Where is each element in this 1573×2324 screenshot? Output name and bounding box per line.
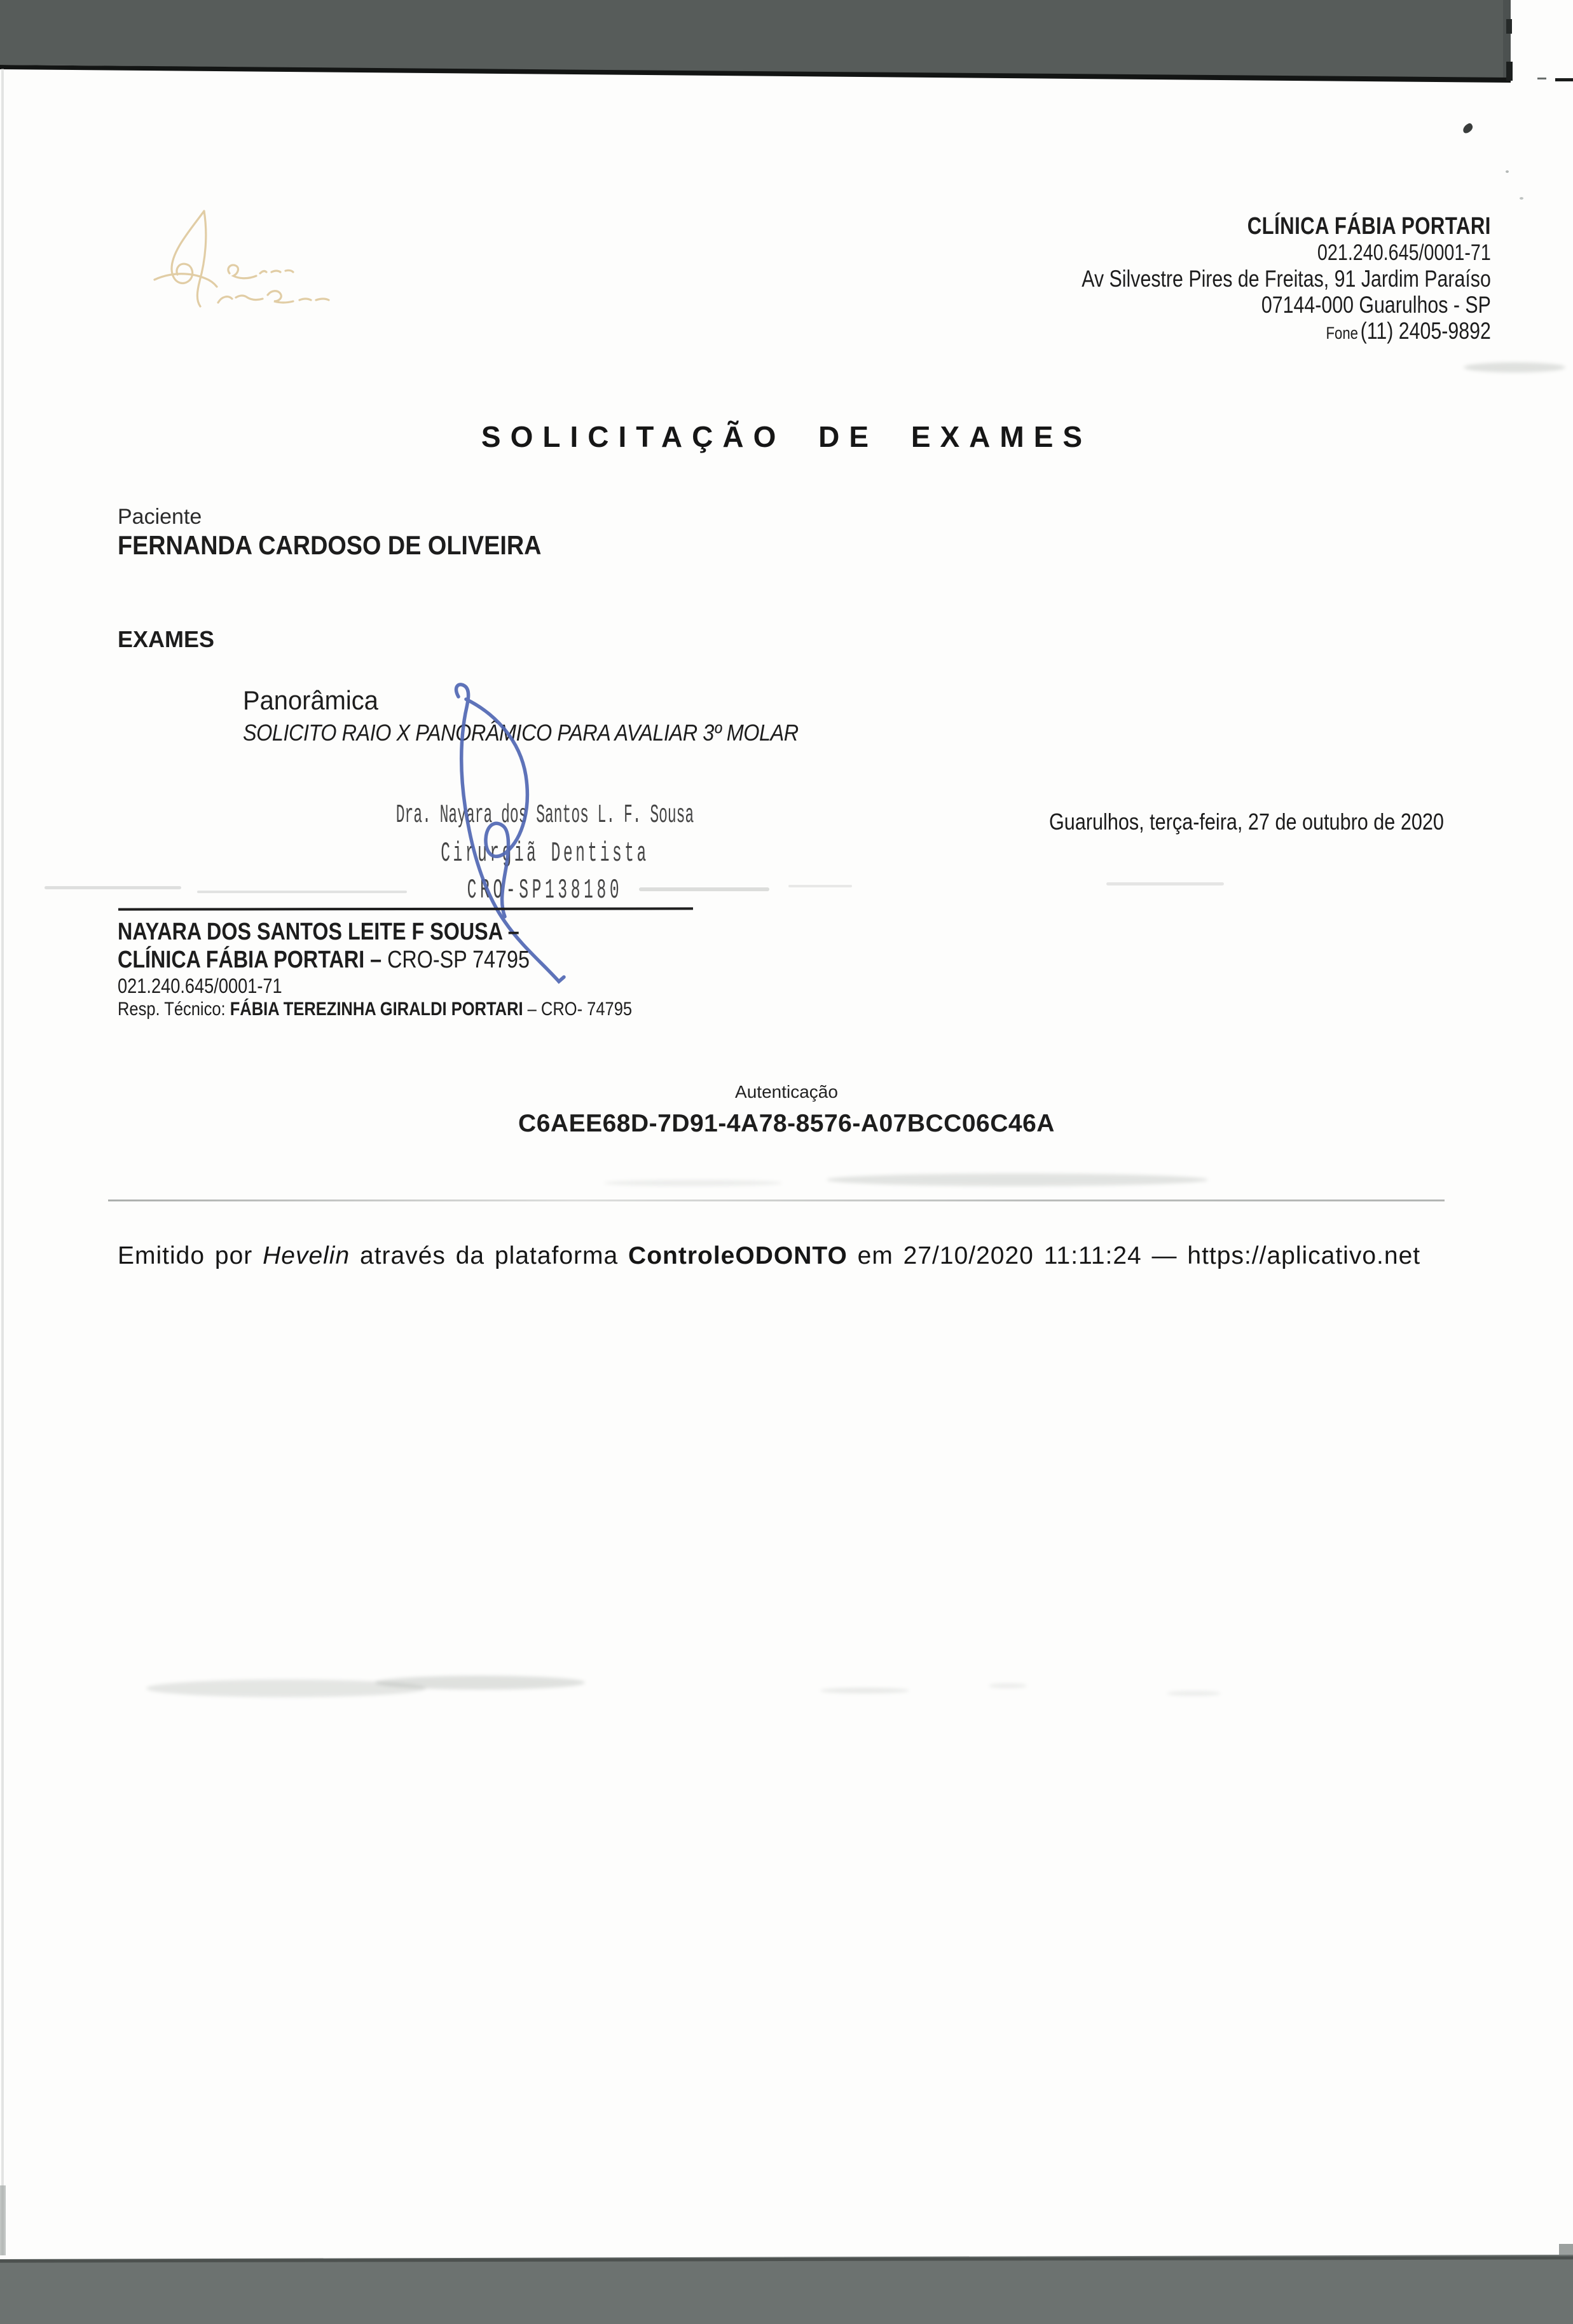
emission-prefix: Emitido por	[118, 1242, 263, 1269]
scan-smudge	[604, 1180, 782, 1186]
auth-label: Autenticação	[0, 1082, 1573, 1102]
scan-streak	[197, 891, 407, 893]
technical-responsible-line: Resp. Técnico: FÁBIA TEREZINHA GIRALDI P…	[118, 998, 632, 1021]
ink-fleck-small	[1506, 170, 1509, 173]
scan-smudge	[989, 1683, 1027, 1688]
resp-name: FÁBIA TEREZINHA GIRALDI PORTARI	[230, 999, 523, 1020]
emission-suffix: em 27/10/2020 11:11:24 — https://aplicat…	[848, 1242, 1420, 1269]
scan-smudge	[1464, 362, 1565, 373]
scan-smudge	[375, 1676, 585, 1690]
clinic-logo	[143, 202, 359, 336]
ink-fleck-small	[1520, 197, 1523, 200]
scanner-band-bottom	[0, 2253, 1573, 2324]
resp-cro: – CRO- 74795	[523, 999, 633, 1020]
resp-label: Resp. Técnico:	[118, 999, 230, 1020]
phone-label: Fone	[1326, 324, 1358, 343]
clinic-cnpj: 021.240.645/0001-71	[1082, 240, 1491, 266]
scan-streak	[1106, 882, 1224, 885]
responsible-block: NAYARA DOS SANTOS LEITE F SOUSA – CLÍNIC…	[118, 918, 632, 1021]
scanner-band-bottom-edge	[0, 2256, 1573, 2262]
phone-number: (11) 2405-9892	[1361, 318, 1491, 344]
clinic-header: CLÍNICA FÁBIA PORTARI 021.240.645/0001-7…	[1082, 214, 1491, 349]
scanner-notch	[1559, 2244, 1573, 2257]
clinic-name: CLÍNICA FÁBIA PORTARI	[1082, 214, 1491, 240]
clinic-phone-line: Fone (11) 2405-9892	[1082, 318, 1491, 349]
scanned-document-page: CLÍNICA FÁBIA PORTARI 021.240.645/0001-7…	[0, 0, 1573, 2324]
scanner-band-top	[0, 0, 1573, 95]
scan-streak	[45, 886, 181, 889]
page-edge-artifact	[1, 69, 4, 2255]
emission-line: Emitido por Hevelin através da plataform…	[118, 1242, 1420, 1270]
clinic-bold: CLÍNICA FÁBIA PORTARI –	[118, 947, 387, 973]
responsible-clinic-line: CLÍNICA FÁBIA PORTARI – CRO-SP 74795	[118, 946, 632, 974]
ink-fleck	[1461, 122, 1474, 134]
emission-middle: através da plataforma	[350, 1242, 628, 1269]
responsible-cnpj: 021.240.645/0001-71	[118, 974, 632, 998]
clinic-address: Av Silvestre Pires de Freitas, 91 Jardim…	[1082, 266, 1491, 292]
emission-emitter: Hevelin	[263, 1242, 350, 1269]
document-title: SOLICITAÇÃO DE EXAMES	[0, 420, 1573, 454]
scan-streak	[788, 885, 852, 887]
exams-section-label: EXAMES	[118, 626, 214, 653]
responsible-name: NAYARA DOS SANTOS LEITE F SOUSA –	[118, 918, 632, 946]
patient-name: FERNANDA CARDOSO DE OLIVEIRA	[118, 530, 541, 561]
clinic-city-line: 07144-000 Guarulhos - SP	[1082, 292, 1491, 318]
clinic-cro: CRO-SP 74795	[387, 947, 530, 973]
emission-platform: ControleODONTO	[628, 1242, 848, 1269]
patient-label: Paciente	[118, 505, 202, 530]
scan-smudge	[827, 1173, 1208, 1186]
exam-name: Panorâmica	[243, 685, 378, 716]
scan-smudge	[820, 1688, 909, 1693]
scan-streak	[639, 887, 769, 891]
date-line: Guarulhos, terça-feira, 27 de outubro de…	[1049, 809, 1444, 835]
scan-smudge	[1167, 1691, 1221, 1696]
scanner-edge-left	[0, 2185, 6, 2255]
auth-code: C6AEE68D-7D91-4A78-8576-A07BCC06C46A	[0, 1110, 1573, 1138]
footer-separator	[108, 1200, 1445, 1201]
